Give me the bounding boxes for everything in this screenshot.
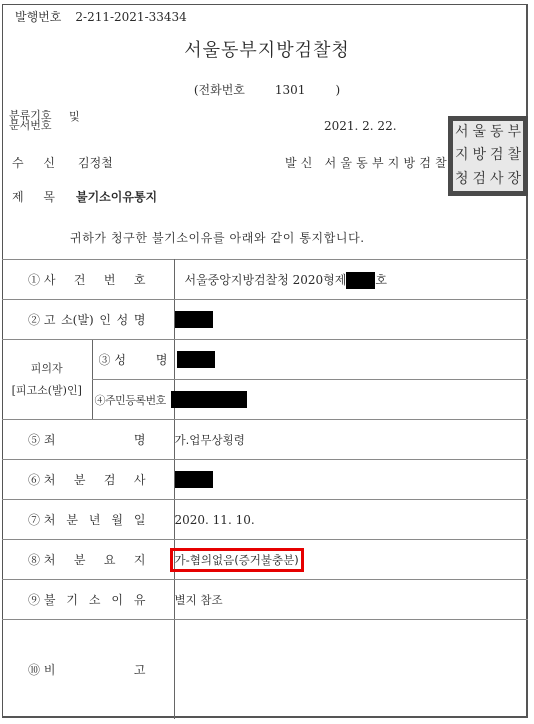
table-row-disposition-date: ⑦ 처분년월일 2020. 11. 10. <box>2 500 528 540</box>
classification-amp: 및 <box>69 112 80 122</box>
label-suspect-name: ③ 성명 <box>92 340 174 380</box>
label-glyph: ⑦ 처 <box>28 511 55 528</box>
label-glyph: 명 <box>156 351 168 368</box>
label-glyph: 성 <box>117 311 129 328</box>
label-glyph: ⑤ 죄 <box>28 431 55 448</box>
label-glyph: 호 <box>134 271 146 288</box>
notice-table: ① 사건번호 서울중앙지방검찰청 2020형제호 ② 고소(발)인성명 피의자 … <box>2 259 528 719</box>
issue-number: 발행번호2-211-2021-33434 <box>15 8 187 25</box>
label-glyph: 일 <box>134 511 146 528</box>
label-glyph: 유 <box>134 591 146 608</box>
value-disposition-summary: 가-혐의없음(증거불충분) <box>174 540 528 580</box>
seal-glyph: 장 <box>506 168 524 191</box>
table-row-remarks: ⑩ 비고 <box>2 620 528 719</box>
label-glyph: 소(발) <box>61 311 94 328</box>
redaction-box <box>175 311 213 328</box>
seal-glyph: 검 <box>471 168 489 191</box>
notice-text: 귀하가 청구한 불기소이유를 아래와 같이 통지합니다. <box>70 229 365 246</box>
redaction-box <box>177 351 215 368</box>
subject-text: 불기소이유통지 <box>76 188 157 205</box>
label-glyph: 분 <box>74 551 86 568</box>
suspect-label: 피의자 <box>2 358 92 380</box>
document-date: 2021. 2. 22. <box>324 119 397 133</box>
recipient-name: 김정철 <box>78 154 113 171</box>
case-suffix: 호 <box>375 273 387 287</box>
classification-label: 분류기호 문서번호 및 <box>9 111 52 131</box>
label-non-prosecution-reason: ⑨ 불기소이유 <box>2 580 174 620</box>
label-remarks: ⑩ 비고 <box>2 620 174 719</box>
table-row-prosecutor: ⑥ 처분검사 <box>2 460 528 500</box>
table-row-non-prosecution-reason: ⑨ 불기소이유 별지 참조 <box>2 580 528 620</box>
official-seal-icon: 서울동부지방검찰청검사장 <box>448 116 528 196</box>
phone-number: 1301 <box>275 83 306 97</box>
value-suspect-name <box>174 340 528 380</box>
highlighted-disposition: 가-혐의없음(증거불충분) <box>170 548 304 572</box>
suspect-sublabel: [피고소(발)인] <box>2 380 92 402</box>
label-glyph: 지 <box>134 551 146 568</box>
value-non-prosecution-reason: 별지 참조 <box>174 580 528 620</box>
label-glyph: ① 사 <box>28 271 55 288</box>
value-charge: 가.업무상횡령 <box>174 420 528 460</box>
label-disposition-date: ⑦ 처분년월일 <box>2 500 174 540</box>
seal-glyphs: 서울동부지방검찰청검사장 <box>453 121 523 191</box>
label-glyph: ② 고 <box>28 311 55 328</box>
label-glyph: ⑧ 처 <box>28 551 55 568</box>
value-remarks <box>174 620 528 719</box>
seal-glyph: 지 <box>453 144 471 167</box>
label-glyph: 이 <box>111 591 123 608</box>
suspect-group-label: 피의자 [피고소(발)인] <box>2 340 92 420</box>
redaction-box <box>171 391 247 408</box>
table-row-suspect-name: 피의자 [피고소(발)인] ③ 성명 <box>2 340 528 380</box>
label-case-number: ① 사건번호 <box>2 260 174 300</box>
label-glyph: ⑨ 불 <box>28 591 55 608</box>
label-glyph: 검 <box>104 471 116 488</box>
label-glyph: 분 <box>66 511 78 528</box>
label-glyph: ③ 성 <box>99 351 126 368</box>
value-complainant <box>174 300 528 340</box>
label-glyph: 월 <box>111 511 123 528</box>
seal-glyph: 울 <box>471 121 489 144</box>
label-glyph: 번 <box>104 271 116 288</box>
label-charge: ⑤ 죄명 <box>2 420 174 460</box>
table-row-case-number: ① 사건번호 서울중앙지방검찰청 2020형제호 <box>2 260 528 300</box>
table-row-complainant: ② 고소(발)인성명 <box>2 300 528 340</box>
label-prosecutor: ⑥ 처분검사 <box>2 460 174 500</box>
label-disposition-summary: ⑧ 처분요지 <box>2 540 174 580</box>
seal-glyph: 사 <box>488 168 506 191</box>
seal-glyph: 찰 <box>506 144 524 167</box>
seal-glyph: 검 <box>488 144 506 167</box>
redaction-box <box>346 272 375 289</box>
label-rrn: ④주민등록번호 <box>92 380 174 420</box>
seal-glyph: 방 <box>471 144 489 167</box>
seal-glyph: 부 <box>506 121 524 144</box>
recipient-label: 수 신 <box>12 154 55 171</box>
case-prefix: 서울중앙지방검찰청 2020형제 <box>185 273 347 287</box>
label-glyph: 사 <box>134 471 146 488</box>
seal-glyph: 동 <box>488 121 506 144</box>
value-disposition-date: 2020. 11. 10. <box>174 500 528 540</box>
classification-line2: 문서번호 <box>9 121 52 131</box>
subject-label: 제 목 <box>12 188 55 205</box>
label-glyph: ⑩ 비 <box>28 661 55 678</box>
seal-glyph: 청 <box>453 168 471 191</box>
label-glyph: ⑥ 처 <box>28 471 55 488</box>
label-complainant: ② 고소(발)인성명 <box>2 300 174 340</box>
phone-label: (전화번호 <box>194 83 245 97</box>
label-glyph: 요 <box>104 551 116 568</box>
agency-title: 서울동부지방검찰청 <box>0 36 534 62</box>
table-row-charge: ⑤ 죄명 가.업무상횡령 <box>2 420 528 460</box>
label-glyph: 년 <box>89 511 101 528</box>
value-case-number: 서울중앙지방검찰청 2020형제호 <box>174 260 528 300</box>
phone-line: (전화번호1301) <box>0 81 534 98</box>
label-glyph: 명 <box>134 311 146 328</box>
phone-close: ) <box>335 83 340 97</box>
table-row-disposition-summary: ⑧ 처분요지 가-혐의없음(증거불충분) <box>2 540 528 580</box>
value-rrn <box>174 380 528 420</box>
seal-glyph: 서 <box>453 121 471 144</box>
label-glyph: 소 <box>89 591 101 608</box>
label-glyph: 건 <box>74 271 86 288</box>
label-glyph: 기 <box>66 591 78 608</box>
value-prosecutor <box>174 460 528 500</box>
issue-number-label: 발행번호 <box>15 8 61 25</box>
label-glyph: 분 <box>74 471 86 488</box>
redaction-box <box>175 471 213 488</box>
label-glyph: 명 <box>134 431 146 448</box>
label-glyph: 고 <box>134 661 146 678</box>
issue-number-value: 2-211-2021-33434 <box>75 10 186 24</box>
label-glyph: 인 <box>99 311 111 328</box>
